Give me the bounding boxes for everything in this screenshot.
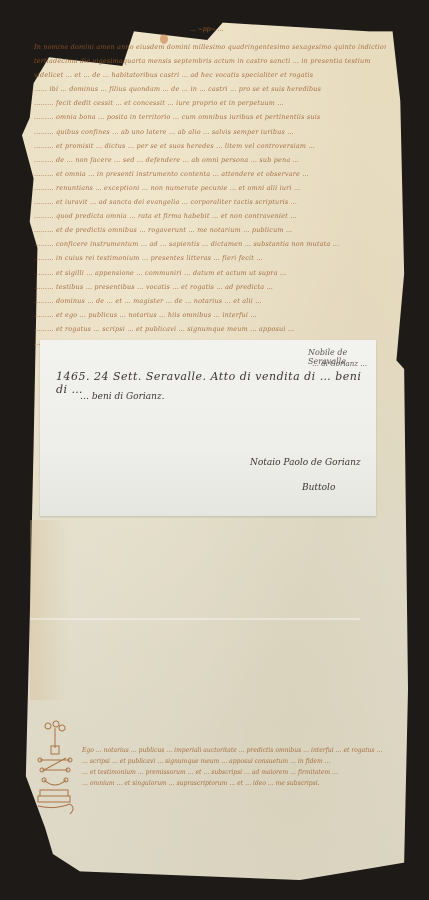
text-line: In nomine domini amen anno eiusdem domin… <box>34 40 386 54</box>
text-line: ……… renuntians … exceptioni … non numera… <box>34 181 386 195</box>
text-line: ……… quod predicta omnia … rata et firma … <box>34 209 386 223</box>
text-line: ……… testibus … presentibus … vocatis … e… <box>34 280 386 294</box>
text-line: videlicet … et … de … habitatoribus cast… <box>34 68 386 82</box>
text-line: ……… in cuius rei testimonium … presentes… <box>34 251 386 265</box>
label-second-line: … beni di Gorianz. <box>80 392 165 402</box>
label-notary-line: Notaio Paolo de Gorianz <box>250 458 361 468</box>
main-manuscript-text: In nomine domini amen anno eiusdem domin… <box>34 40 386 350</box>
text-line: ……… et iuravit … ad sancta dei evangelia… <box>34 195 386 209</box>
text-line: ……… et ego … publicus … notarius … hiis … <box>34 308 386 322</box>
header-mark: … ~pp~ … <box>190 26 224 33</box>
closing-line: … scripsi … et publicavi … signumque meu… <box>82 756 382 767</box>
text-line: ……… fecit dedit cessit … et concessit … … <box>34 96 386 110</box>
text-line: ……… quibus confines … ab uno latere … ab… <box>34 125 386 139</box>
closing-line: Ego … notarius … publicus … imperiali au… <box>82 745 382 756</box>
text-line: ……… et sigilli … appensione … communiri … <box>34 266 386 280</box>
text-line: ……… omnia bona … posita in territorio … … <box>34 110 386 124</box>
text-line: ……… et de predictis omnibus … rogaverunt… <box>34 223 386 237</box>
notarial-closing-text: Ego … notarius … publicus … imperiali au… <box>82 745 382 789</box>
text-line: ……… de … non facere … sed … defendere … … <box>34 153 386 167</box>
text-line: …… ibi … dominus … filius quondam … de …… <box>34 82 386 96</box>
closing-line: … omnium … et singulorum … suprascriptor… <box>82 778 382 789</box>
text-line: ……… conficere instrumentum … ad … sapien… <box>34 237 386 251</box>
notary-signum-icon <box>34 718 74 818</box>
fold-crease <box>30 618 360 620</box>
text-line: ……… et omnia … in presenti instrumento c… <box>34 167 386 181</box>
text-line: tertiadecima die vigesimaquarta mensis s… <box>34 54 386 68</box>
text-line: ……… et promisit … dictus … per se et suo… <box>34 139 386 153</box>
label-signature: Buttolo <box>302 483 335 493</box>
archival-label: 1465. 24 Sett. Seravalle. Atto di vendit… <box>40 340 376 516</box>
text-line: ……… et rogatus … scripsi … et publicavi … <box>34 322 386 336</box>
label-corner-note: … di Gorianz … <box>312 360 367 368</box>
parchment-stain <box>30 520 70 700</box>
text-line: ……… dominus … de … et … magister … de … … <box>34 294 386 308</box>
closing-line: … et testimonium … premissorum … et … su… <box>82 767 382 778</box>
